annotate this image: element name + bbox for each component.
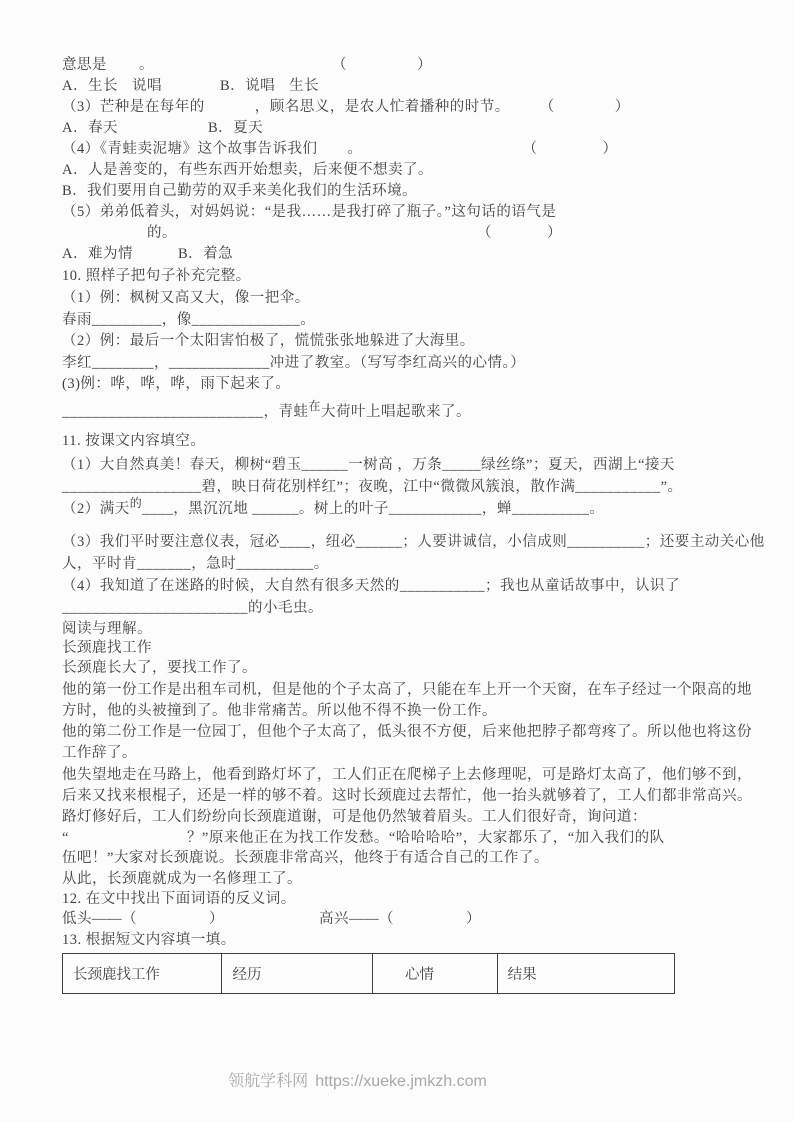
text-segment: （1）例：枫树又高又大，像一把伞。 <box>62 290 310 306</box>
text-line: （2）例：最后一个太阳害怕极了，慌慌张张地躲进了大海里。 <box>62 333 475 350</box>
text-line: 路灯修好后，工人们纷纷向长颈鹿道谢，可是他仍然皱着眉头。工人们很好奇，询问道： <box>62 809 647 826</box>
text-line: 人，平时肯_______，急时__________。 <box>62 556 329 573</box>
text-segment: 方时，他的头被撞到了。他非常痛苦。所以他不得不换一份工作。 <box>62 703 497 719</box>
text-segment: 高兴——（ <box>319 911 394 927</box>
text-segment: 阅读与理解。 <box>62 621 152 637</box>
text-line: （4）我知道了在迷路的时候，大自然有很多天然的___________；我也从童话… <box>62 578 680 595</box>
spacer <box>133 257 178 258</box>
text-line: （1）大自然真美！春天，柳树“碧玉______一树高 ，万条_____绿丝绦”；… <box>62 457 675 474</box>
watermark-url: https://xueke.jmkzh.com <box>315 1073 487 1090</box>
text-line: （5）弟弟低着头，对妈妈说：“是我……是我打碎了瓶子。”这句话的语气是 <box>62 204 556 221</box>
text-segment: A．难为情 <box>62 246 133 262</box>
text-line: 他失望地走在马路上，他看到路灯坏了，工人们正在爬梯子上去修理呢，可是路灯太高了，… <box>62 767 752 784</box>
spacer <box>492 236 547 237</box>
text-line: 长颈鹿长大了，要找工作了。 <box>62 660 257 677</box>
text-segment: （3）芒种是在每年的 <box>62 99 205 115</box>
text-line: （1）例：枫树又高又大，像一把伞。 <box>62 290 310 307</box>
text-segment: ） <box>466 911 481 927</box>
text-line: （2）满天的____，黑沉沉地 ______。树上的叶子____________… <box>62 501 604 518</box>
spacer <box>118 131 208 132</box>
text-segment: A．人是善变的，有些东西开始想卖，后来便不想卖了。 <box>62 162 433 178</box>
text-segment: （2）例：最后一个太阳害怕极了，慌慌张张地躲进了大海里。 <box>62 333 475 349</box>
text-segment: 13. 根据短文内容填一填。 <box>62 932 236 948</box>
text-segment: （1）大自然真美！春天，柳树“碧玉______一树高 ，万条_____绿丝绦”；… <box>62 457 675 473</box>
text-segment: （ <box>477 225 492 241</box>
text-segment: ____，黑沉沉地 ______。树上的叶子____________，蝉____… <box>142 501 604 517</box>
spacer <box>162 89 220 90</box>
text-segment: A．春天 <box>62 120 118 136</box>
text-segment: B．说唱 <box>220 78 275 94</box>
text-segment: （2）满天 <box>62 501 130 517</box>
text-segment: __________________________，青蛙 <box>62 404 309 420</box>
text-line: 后来又找来根棍子，还是一样的够不着。这时长颈鹿过去帮忙，他一抬头就够着了，工人们… <box>62 788 752 805</box>
text-segment: （5）弟弟低着头，对妈妈说：“是我……是我打碎了瓶子。”这句话的语气是 <box>62 204 556 220</box>
text-segment: （3）我们平时要注意仪表，冠必____，纽必______；人要讲诚信，小信成则_… <box>62 534 765 550</box>
text-segment: ） <box>209 911 224 927</box>
text-line: （3）芒种是在每年的，顾名思义，是农人忙着播种的时节。（） <box>62 99 630 116</box>
spacer <box>205 110 255 111</box>
text-segment: 长颈鹿长大了，要找工作了。 <box>62 660 257 676</box>
text-segment: 伍吧！”大家对长颈鹿说。长颈鹿非常高兴，他终于有适合自己的工作了。 <box>62 850 549 866</box>
text-line: 工作辞了。 <box>62 745 137 762</box>
text-segment: （4）我知道了在迷路的时候，大自然有很多天然的___________；我也从童话… <box>62 578 680 594</box>
spacer <box>154 68 332 69</box>
text-segment: 后来又找来根棍子，还是一样的够不着。这时长颈鹿过去帮忙，他一抬头就够着了，工人们… <box>62 788 752 804</box>
text-line: 他的第一份工作是出租车司机，但是他的个子太高了，只能在车上开一个天窗，在车子经过… <box>62 682 752 699</box>
spacer <box>555 110 615 111</box>
text-line: A．难为情B．着急 <box>62 246 233 263</box>
text-segment: （ <box>540 99 555 115</box>
text-line: 伍吧！”大家对长颈鹿说。长颈鹿非常高兴，他终于有适合自己的工作了。 <box>62 850 549 867</box>
spacer <box>538 152 603 153</box>
text-segment: 10. 照样子把句子补充完整。 <box>62 268 251 284</box>
inserted-superscript-text: 在 <box>309 399 322 413</box>
text-segment: ） <box>603 141 618 157</box>
text-segment: ，顾名思义，是农人忙着播种的时节。 <box>255 99 510 115</box>
spacer <box>62 236 147 237</box>
text-segment: 11. 按课文内容填空。 <box>62 433 205 449</box>
text-segment: ） <box>547 225 562 241</box>
text-line: 方时，他的头被撞到了。他非常痛苦。所以他不得不换一份工作。 <box>62 703 497 720</box>
text-line: 13. 根据短文内容填一填。 <box>62 932 236 949</box>
text-segment: ） <box>615 99 630 115</box>
text-line: 意思是。（） <box>62 57 432 74</box>
exam-page: 意思是。（）A．生长说唱B．说唱生长（3）芒种是在每年的，顾名思义，是农人忙着播… <box>0 0 793 1122</box>
spacer <box>224 922 319 923</box>
text-segment: 人，平时肯_______，急时__________。 <box>62 556 329 572</box>
text-segment: B．我们要用自己勤劳的双手来美化我们的生活环境。 <box>62 183 417 199</box>
text-line: (3)例：哗，哗，哗，雨下起来了。 <box>62 376 290 393</box>
spacer <box>347 68 417 69</box>
spacer <box>510 110 540 111</box>
spacer <box>118 89 132 90</box>
text-segment: 大荷叶上唱起歌来了。 <box>321 404 471 420</box>
text-segment: B．夏天 <box>208 120 263 136</box>
table-header-cell: 结果 <box>498 954 674 993</box>
text-line: 11. 按课文内容填空。 <box>62 433 205 450</box>
table-header-cell: 心情 <box>373 954 498 993</box>
text-segment: A．生长 <box>62 78 118 94</box>
text-line: A．人是善变的，有些东西开始想卖，后来便不想卖了。 <box>62 162 433 179</box>
inserted-superscript-text: 的 <box>130 496 143 510</box>
text-segment: (3)例：哗，哗，哗，雨下起来了。 <box>62 376 290 392</box>
text-segment: 路灯修好后，工人们纷纷向长颈鹿道谢，可是他仍然皱着眉头。工人们很好奇，询问道： <box>62 809 647 825</box>
text-line: ________________________的小毛虫。 <box>62 600 323 617</box>
spacer <box>69 841 187 842</box>
text-segment: 意思是 <box>62 57 107 73</box>
text-segment: 李红________，_____________冲进了教室。（写写李红高兴的心情… <box>62 355 525 371</box>
text-segment: 说唱 <box>132 78 162 94</box>
text-line: 低头——（）高兴——（） <box>62 911 481 928</box>
text-line: __________________________，青蛙在大荷叶上唱起歌来了。 <box>62 404 471 421</box>
text-segment: 低头——（ <box>62 911 137 927</box>
text-segment: 他的第二份工作是一位园丁，但他个子太高了，低头很不方便，后来他把脖子都弯疼了。所… <box>62 724 752 740</box>
question-13-table: 长颈鹿找工作 经历 心情 结果 <box>62 953 675 994</box>
text-segment: 12. 在文中找出下面词语的反义词。 <box>62 891 296 907</box>
text-line: 长颈鹿找工作 <box>62 640 152 657</box>
text-line: __________________碧，映日荷花别样红”；夜晚，江中“微微风簇浪… <box>62 479 683 496</box>
text-line: （3）我们平时要注意仪表，冠必____，纽必______；人要讲诚信，小信成则_… <box>62 534 765 551</box>
spacer <box>177 236 477 237</box>
spacer <box>137 922 209 923</box>
text-line: A．生长说唱B．说唱生长 <box>62 78 319 95</box>
spacer <box>275 89 289 90</box>
text-segment: （ <box>523 141 538 157</box>
text-segment: __________________碧，映日荷花别样红”；夜晚，江中“微微风簇浪… <box>62 479 683 495</box>
text-segment: （4）《青蛙卖泥塘》这个故事告诉我们 <box>62 141 318 157</box>
text-line: A．春天B．夏天 <box>62 120 263 137</box>
text-line: （4）《青蛙卖泥塘》这个故事告诉我们。（） <box>62 141 618 158</box>
table-header-cell: 经历 <box>222 954 372 993</box>
text-line: B．我们要用自己勤劳的双手来美化我们的生活环境。 <box>62 183 417 200</box>
text-line: “？”原来他正在为找工作发愁。“哈哈哈哈”，大家都乐了，“加入我们的队 <box>62 830 665 847</box>
spacer <box>107 68 139 69</box>
text-line: 从此，长颈鹿就成为一名修理工了。 <box>62 871 302 888</box>
text-line: 阅读与理解。 <box>62 621 152 638</box>
table-header-cell: 长颈鹿找工作 <box>63 954 222 993</box>
text-segment: 他失望地走在马路上，他看到路灯坏了，工人们正在爬梯子上去修理呢，可是路灯太高了，… <box>62 767 752 783</box>
text-segment: 从此，长颈鹿就成为一名修理工了。 <box>62 871 302 887</box>
text-segment: 长颈鹿找工作 <box>62 640 152 656</box>
text-segment: 。 <box>139 57 154 73</box>
spacer <box>363 152 523 153</box>
text-segment: B．着急 <box>178 246 233 262</box>
text-segment: ） <box>417 57 432 73</box>
watermark-site-name: 领航学科网 <box>228 1073 308 1090</box>
text-segment: 的。 <box>147 225 177 241</box>
text-line: 12. 在文中找出下面词语的反义词。 <box>62 891 296 908</box>
text-segment: 。 <box>348 141 363 157</box>
text-segment: 春雨_________，像______________。 <box>62 312 315 328</box>
text-line: 10. 照样子把句子补充完整。 <box>62 268 251 285</box>
text-line: 春雨_________，像______________。 <box>62 312 315 329</box>
text-segment: 生长 <box>289 78 319 94</box>
text-line: 李红________，_____________冲进了教室。（写写李红高兴的心情… <box>62 355 525 372</box>
spacer <box>318 152 348 153</box>
text-segment: 工作辞了。 <box>62 745 137 761</box>
spacer <box>394 922 466 923</box>
watermark: 领航学科网https://xueke.jmkzh.com <box>0 1068 754 1091</box>
text-segment: ________________________的小毛虫。 <box>62 600 323 616</box>
text-line: 他的第二份工作是一位园丁，但他个子太高了，低头很不方便，后来他把脖子都弯疼了。所… <box>62 724 752 741</box>
text-segment: ？”原来他正在为找工作发愁。“哈哈哈哈”，大家都乐了，“加入我们的队 <box>187 830 665 846</box>
text-line: 的。（） <box>62 225 562 242</box>
text-segment: 他的第一份工作是出租车司机，但是他的个子太高了，只能在车上开一个天窗，在车子经过… <box>62 682 752 698</box>
text-segment: “ <box>62 830 69 846</box>
text-segment: （ <box>332 57 347 73</box>
